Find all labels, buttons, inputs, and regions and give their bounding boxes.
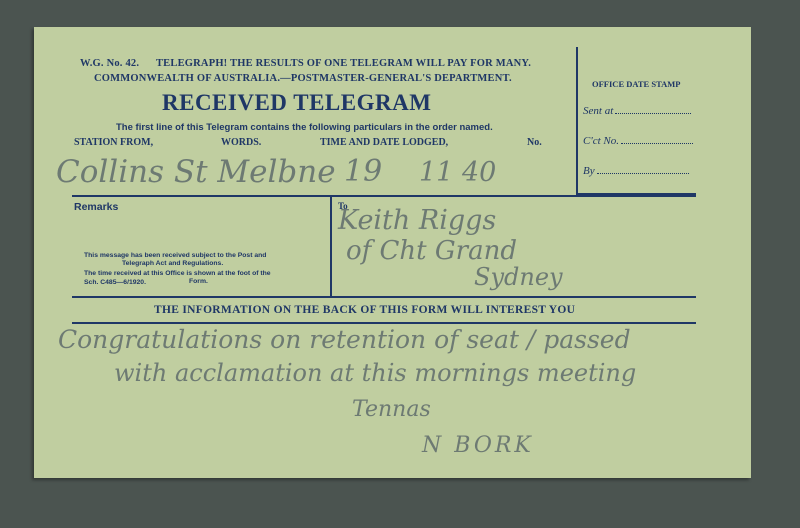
column-words: WORDS.: [221, 137, 261, 148]
telegram-form: W.G. No. 42. TELEGRAPH! THE RESULTS OF O…: [34, 27, 751, 478]
column-station-from: STATION FROM,: [74, 137, 153, 148]
notice-line-1: This message has been received subject t…: [84, 252, 266, 259]
sent-at-label: Sent at: [583, 105, 613, 117]
stamp-box-divider: [576, 47, 578, 194]
first-line-rule: [72, 195, 696, 197]
remarks-label: Remarks: [74, 201, 118, 213]
by-field: By: [583, 165, 689, 177]
column-no: No.: [527, 137, 542, 148]
department-line: COMMONWEALTH OF AUSTRALIA.—POSTMASTER-GE…: [94, 73, 512, 84]
remarks-to-divider: [330, 196, 332, 297]
office-stamp-title: OFFICE DATE STAMP: [592, 79, 680, 89]
form-subtitle: The first line of this Telegram contains…: [116, 122, 493, 133]
notice-line-3: The time received at this Office is show…: [84, 270, 271, 277]
info-banner: THE INFORMATION ON THE BACK OF THIS FORM…: [154, 304, 575, 316]
cct-no-field: C'ct No.: [583, 135, 693, 147]
hw-station-from: Collins St Melbne: [56, 154, 336, 190]
form-title: RECEIVED TELEGRAM: [162, 90, 431, 116]
hw-to-line-3: Sydney: [474, 263, 563, 291]
hw-message-line-1: Congratulations on retention of seat / p…: [58, 325, 631, 354]
column-time-date: TIME AND DATE LODGED,: [320, 137, 448, 148]
slogan: TELEGRAPH! THE RESULTS OF ONE TELEGRAM W…: [156, 58, 531, 69]
hw-message-line-2: with acclamation at this mornings meetin…: [114, 359, 636, 387]
hw-to-line-1: Keith Riggs: [338, 205, 496, 236]
notice-line-4b: Form.: [189, 278, 208, 285]
notice-line-4a: Sch. C485—6/1920.: [84, 279, 146, 286]
sent-at-field: Sent at: [583, 105, 691, 117]
form-header-slogan: W.G. No. 42. TELEGRAPH! THE RESULTS OF O…: [80, 58, 531, 69]
info-bottom-rule: [72, 322, 696, 324]
hw-signature: N BORK: [422, 433, 534, 458]
remarks-bottom-rule: [72, 296, 696, 298]
hw-to-line-2: of Cht Grand: [346, 236, 517, 266]
cct-no-label: C'ct No.: [583, 135, 619, 147]
hw-closing: Tennas: [352, 397, 431, 422]
form-number: W.G. No. 42.: [80, 58, 139, 69]
by-label: By: [583, 165, 595, 177]
hw-words: 19: [344, 154, 382, 189]
hw-time-date: 11 40: [419, 157, 496, 188]
notice-line-2: Telegraph Act and Regulations.: [122, 260, 223, 267]
